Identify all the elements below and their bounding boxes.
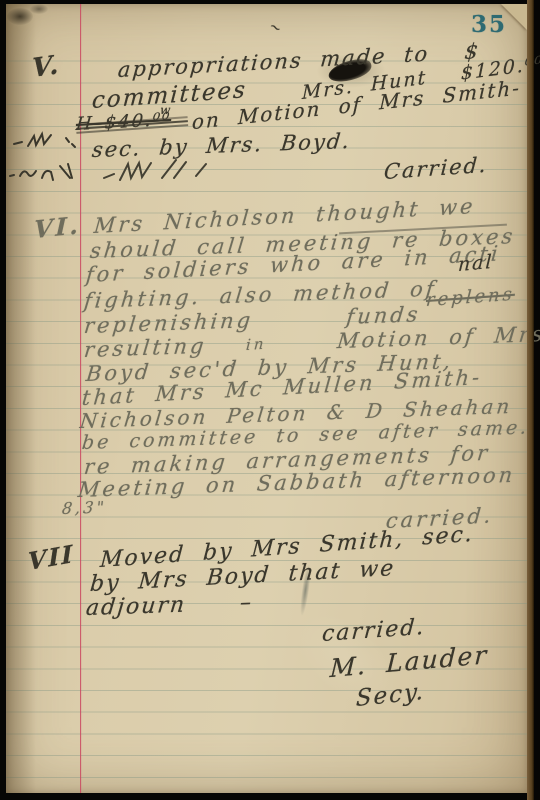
- book-page-edges: [527, 0, 534, 800]
- handwriting-line: 8,3": [61, 499, 107, 517]
- handwriting-line: H–$40.⁰⁰: [75, 111, 172, 134]
- corner-smudge-2: [30, 4, 48, 14]
- ledger-paper: 35 V.appropriations made to $committeesM…: [6, 4, 527, 793]
- binding-gutter-shadow: [6, 4, 36, 793]
- margin-scribble-1: [12, 130, 78, 156]
- stray-mark: in: [245, 337, 266, 354]
- section-number: V.: [32, 52, 60, 82]
- handwriting-line: nal: [457, 253, 494, 275]
- margin-scribble-2: [8, 156, 90, 184]
- stray-mark: w: [159, 104, 173, 116]
- page-number: 35: [471, 11, 507, 38]
- handwriting-line: adjourn –: [85, 592, 254, 620]
- section-number: VI.: [34, 213, 82, 242]
- stray-mark: ~: [266, 19, 287, 37]
- corner-smudge: [7, 8, 33, 25]
- scanned-ledger-page: 35 V.appropriations made to $committeesM…: [0, 0, 540, 800]
